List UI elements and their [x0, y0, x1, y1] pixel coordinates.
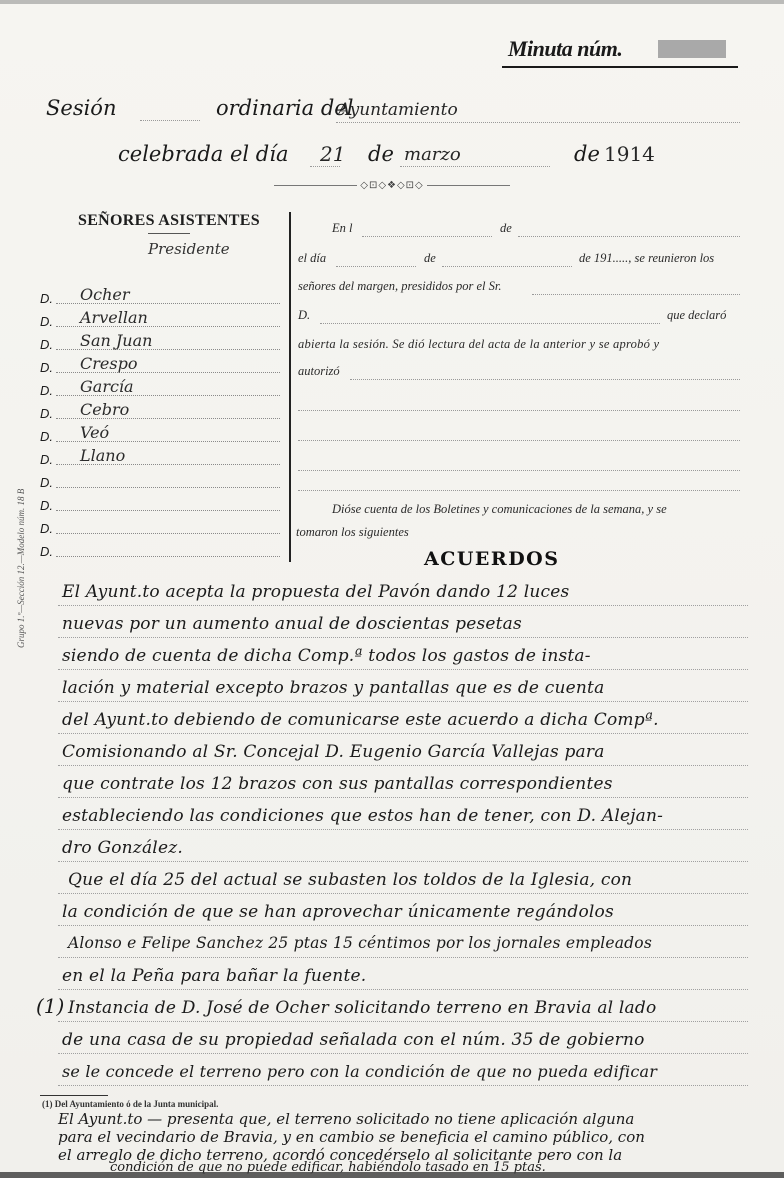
attendee-name: García [80, 377, 134, 396]
form-dotline [298, 440, 740, 441]
attendee-name: Crespo [80, 354, 137, 373]
session-label: Sesión [46, 96, 116, 120]
de-year-label: de [574, 142, 600, 166]
form-dotline [336, 266, 416, 267]
minutes-line: dro González. [62, 838, 183, 858]
attendee-prefix: D. [40, 360, 53, 375]
attendee-prefix: D. [40, 314, 53, 329]
ornament-divider: ◇⊡◇❖◇⊡◇ [274, 180, 510, 190]
minutes-line: Que el día 25 del actual se subasten los… [68, 870, 632, 890]
scan-bottom-edge [0, 1172, 784, 1178]
ruled-line [58, 732, 748, 734]
form-dotline [298, 470, 740, 471]
attendee-prefix: D. [40, 521, 53, 536]
ruled-line [58, 1084, 748, 1086]
attendee-row: D.Veó [40, 422, 280, 444]
form-dotline [362, 236, 492, 237]
form-tomaron: tomaron los siguientes [296, 525, 409, 540]
attendee-row: D.San Juan [40, 330, 280, 352]
minutes-line: lación y material excepto brazos y panta… [62, 678, 604, 698]
attendee-prefix: D. [40, 429, 53, 444]
scan-top-edge [0, 0, 784, 4]
attendees-ornament [148, 233, 190, 234]
footnote-rule [40, 1095, 108, 1096]
ornament-bar-right [427, 185, 510, 186]
attendee-row: D.García [40, 376, 280, 398]
form-dotline [320, 323, 660, 324]
ruled-line [58, 988, 748, 990]
form-dotline [298, 490, 740, 491]
attendee-name: Veó [80, 423, 109, 442]
form-dotline [350, 379, 740, 380]
minutes-line: del Ayunt.to debiendo de comunicarse est… [62, 710, 659, 730]
minuta-label: Minuta núm. [508, 36, 622, 62]
attendee-row: D.Llano [40, 445, 280, 467]
ruled-line [58, 828, 748, 830]
attendee-row: D. [40, 537, 280, 559]
minutes-line: Alonso e Felipe Sanchez 25 ptas 15 cénti… [68, 934, 652, 952]
column-divider [289, 212, 291, 562]
form-diose: Dióse cuenta de los Boletines y comunica… [332, 502, 667, 517]
ruled-line [58, 668, 748, 670]
attendee-row: D. [40, 491, 280, 513]
session-type: ordinaria del [216, 96, 353, 120]
attendee-row: D.Cebro [40, 399, 280, 421]
attendees-title: SEÑORES ASISTENTES [78, 212, 260, 230]
attendee-name: Cebro [80, 400, 129, 419]
ruled-line [58, 764, 748, 766]
ruled-line [58, 924, 748, 926]
form-year: de 191....., se reunieron los [579, 251, 714, 266]
presidente-label: Presidente [148, 240, 230, 258]
footnote: (1) Del Ayuntamiento ó de la Junta munic… [42, 1099, 218, 1109]
attendee-row: D.Crespo [40, 353, 280, 375]
celebrada-label: celebrada el día [118, 142, 288, 166]
minutes-line: que contrate los 12 brazos con sus panta… [62, 774, 613, 794]
day-line [310, 166, 340, 167]
form-en: En l [332, 221, 352, 236]
form-declaro: que declaró [667, 308, 726, 323]
document-page: Minuta núm. Sesión ordinaria del Ayuntam… [0, 0, 784, 1178]
session-body-line [336, 122, 740, 123]
margin-note-mark: (1) [36, 994, 64, 1018]
attendee-row: D. [40, 468, 280, 490]
month-line [400, 166, 550, 167]
ornament-glyph: ◇⊡◇❖◇⊡◇ [357, 180, 426, 191]
attendee-prefix: D. [40, 475, 53, 490]
attendee-line [56, 556, 280, 557]
form-autorizo: autorizó [298, 364, 340, 379]
form-abierta: abierta la sesión. Se dió lectura del ac… [298, 337, 659, 352]
minutes-line: de una casa de su propiedad señalada con… [62, 1030, 645, 1050]
attendee-line [56, 533, 280, 534]
attendee-prefix: D. [40, 544, 53, 559]
form-senores: señores del margen, presididos por el Sr… [298, 279, 501, 294]
attendee-name: San Juan [80, 331, 152, 350]
minutes-line: la condición de que se han aprovechar ún… [62, 902, 614, 922]
ornament-bar-left [274, 185, 357, 186]
ruled-line [58, 700, 748, 702]
minuta-rule [502, 66, 738, 68]
tail-line: para el vecindario de Bravia, y en cambi… [58, 1128, 645, 1146]
minutes-line: Instancia de D. José de Ocher solicitand… [68, 998, 656, 1018]
attendee-prefix: D. [40, 383, 53, 398]
form-dotline [442, 266, 572, 267]
ruled-line [58, 892, 748, 894]
minuta-number-redacted [658, 40, 726, 58]
day-handwritten: 21 [320, 142, 345, 166]
session-body-handwritten: Ayuntamiento [338, 100, 458, 120]
form-dotline [298, 410, 740, 411]
minutes-line: Comisionando al Sr. Concejal D. Eugenio … [62, 742, 605, 762]
form-dotline [518, 236, 740, 237]
attendee-row: D. [40, 514, 280, 536]
ruled-line [58, 1020, 748, 1022]
ruled-line [58, 1052, 748, 1054]
attendee-name: Arvellan [80, 308, 148, 327]
attendee-line [56, 487, 280, 488]
ruled-line [58, 636, 748, 638]
attendee-prefix: D. [40, 406, 53, 421]
ruled-line [58, 956, 748, 958]
ruled-line [58, 796, 748, 798]
form-d: D. [298, 308, 310, 323]
de-label: de [368, 142, 394, 166]
tail-line: El Ayunt.to — presenta que, el terreno s… [58, 1110, 634, 1128]
attendee-line [56, 510, 280, 511]
form-de: de [500, 221, 512, 236]
minutes-line: El Ayunt.to acepta la propuesta del Pavó… [62, 582, 569, 602]
form-model-note: Grupo 1.º—Sección 12.—Modelo núm. 18 B [16, 489, 26, 648]
ruled-line [58, 860, 748, 862]
attendee-name: Llano [80, 446, 125, 465]
minutes-line: nuevas por un aumento anual de doscienta… [62, 614, 522, 634]
attendee-row: D.Arvellan [40, 307, 280, 329]
attendee-name: Ocher [80, 285, 130, 304]
ruled-line [58, 604, 748, 606]
minutes-line: estableciendo las condiciones que estos … [62, 806, 663, 826]
form-de-2: de [424, 251, 436, 266]
minutes-line: en el la Peña para bañar la fuente. [62, 966, 366, 986]
acuerdos-title: ACUERDOS [424, 548, 559, 570]
attendee-prefix: D. [40, 452, 53, 467]
form-dotline [532, 294, 740, 295]
minutes-line: se le concede el terreno pero con la con… [62, 1062, 657, 1081]
form-el-dia: el día [298, 251, 326, 266]
attendee-prefix: D. [40, 337, 53, 352]
attendee-prefix: D. [40, 498, 53, 513]
session-blank-line [140, 120, 200, 121]
year-value: 1914 [604, 142, 655, 166]
month-handwritten: marzo [404, 144, 461, 165]
minutes-line: siendo de cuenta de dicha Comp.ª todos l… [62, 646, 591, 666]
attendee-prefix: D. [40, 291, 53, 306]
attendee-row: D.Ocher [40, 284, 280, 306]
